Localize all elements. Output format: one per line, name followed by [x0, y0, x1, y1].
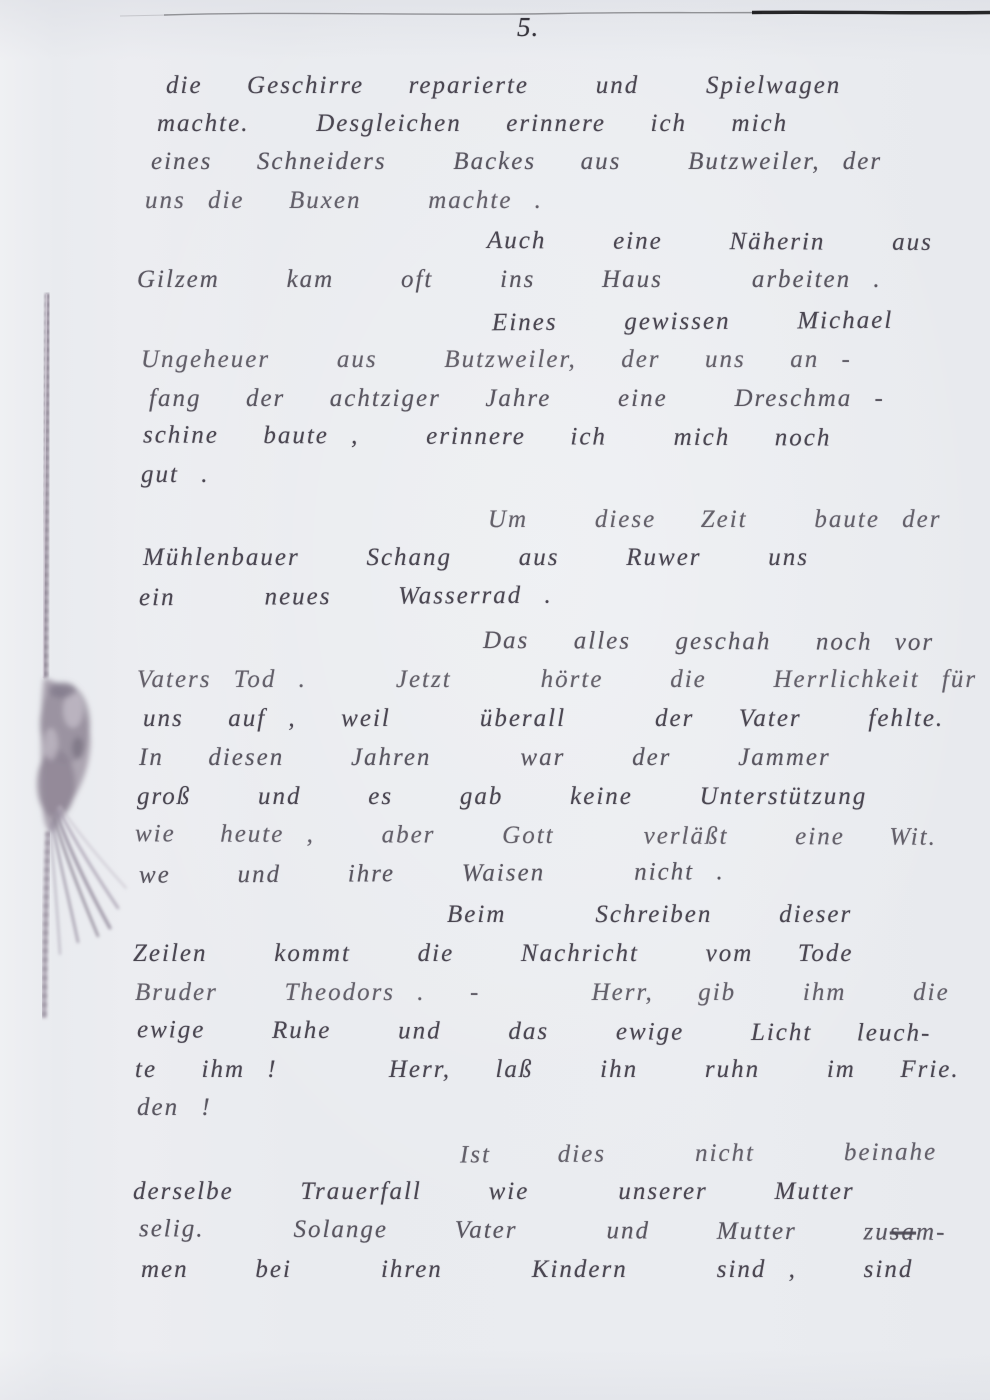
handwritten-line: den ! [137, 1094, 212, 1122]
handwritten-text-segment: selig. Solange Vater und Mutter zu [139, 1215, 890, 1245]
handwritten-line: Ist dies nicht beinahe [460, 1139, 937, 1170]
handwritten-line: gut . [141, 461, 209, 489]
handwritten-line: te ihm ! Herr, laß ihn ruhn im Frie. [135, 1056, 960, 1084]
handwritten-line: fang der achtziger Jahre eine Dreschma - [149, 385, 885, 413]
handwritten-line: Mühlenbauer Schang aus Ruwer uns [143, 544, 809, 572]
handwritten-line: Eines gewissen Michael [492, 307, 893, 337]
handwritten-line: uns auf , weil überall der Vater fehlte. [143, 705, 944, 733]
handwritten-line: we und ihre Waisen nicht . [139, 858, 725, 890]
manuscript-text-block: die Geschirre reparierte und Spielwagenm… [0, 0, 990, 1400]
handwritten-line: groß und es gab keine Unterstützung [137, 783, 867, 811]
handwritten-line: ein neues Wasserrad . [139, 582, 553, 613]
handwritten-line: men bei ihren Kindern sind , sind [141, 1256, 913, 1284]
handwritten-text-segment: m- [916, 1219, 947, 1246]
handwritten-line: derselbe Trauerfall wie unserer Mutter [133, 1178, 855, 1206]
handwritten-line: Das alles geschah noch vor [483, 627, 934, 657]
scanned-manuscript-page: 5. die Geschirre reparierte und Spielwag… [0, 0, 990, 1400]
handwritten-line: selig. Solange Vater und Mutter zusam- [139, 1215, 947, 1247]
handwritten-line: Zeilen kommt die Nachricht vom Tode [133, 940, 854, 968]
handwritten-line: Vaters Tod . Jetzt hörte die Herrlichkei… [137, 666, 977, 694]
handwritten-line: schine baute , erinnere ich mich noch [143, 421, 832, 452]
handwritten-line: Auch eine Näherin aus [487, 227, 933, 257]
handwritten-line: Bruder Theodors . - Herr, gib ihm die [135, 979, 950, 1007]
handwritten-line: wie heute , aber Gott verläßt eine Wit. [135, 820, 937, 851]
handwritten-line: eines Schneiders Backes aus Butzweiler, … [151, 148, 882, 176]
handwritten-line: ewige Ruhe und das ewige Licht leuch- [137, 1016, 931, 1047]
handwritten-line: Gilzem kam oft ins Haus arbeiten . [137, 266, 882, 294]
handwritten-line: Um diese Zeit baute der [488, 506, 941, 534]
handwritten-line: die Geschirre reparierte und Spielwagen [166, 72, 841, 100]
handwritten-line: Ungeheuer aus Butzweiler, der uns an - [141, 346, 852, 374]
handwritten-line: uns die Buxen machte . [145, 187, 543, 215]
strikethrough-correction: sa [890, 1219, 916, 1246]
handwritten-line: Beim Schreiben dieser [447, 901, 852, 929]
handwritten-line: machte. Desgleichen erinnere ich mich [157, 110, 788, 138]
handwritten-line: In diesen Jahren war der Jammer [139, 744, 831, 772]
